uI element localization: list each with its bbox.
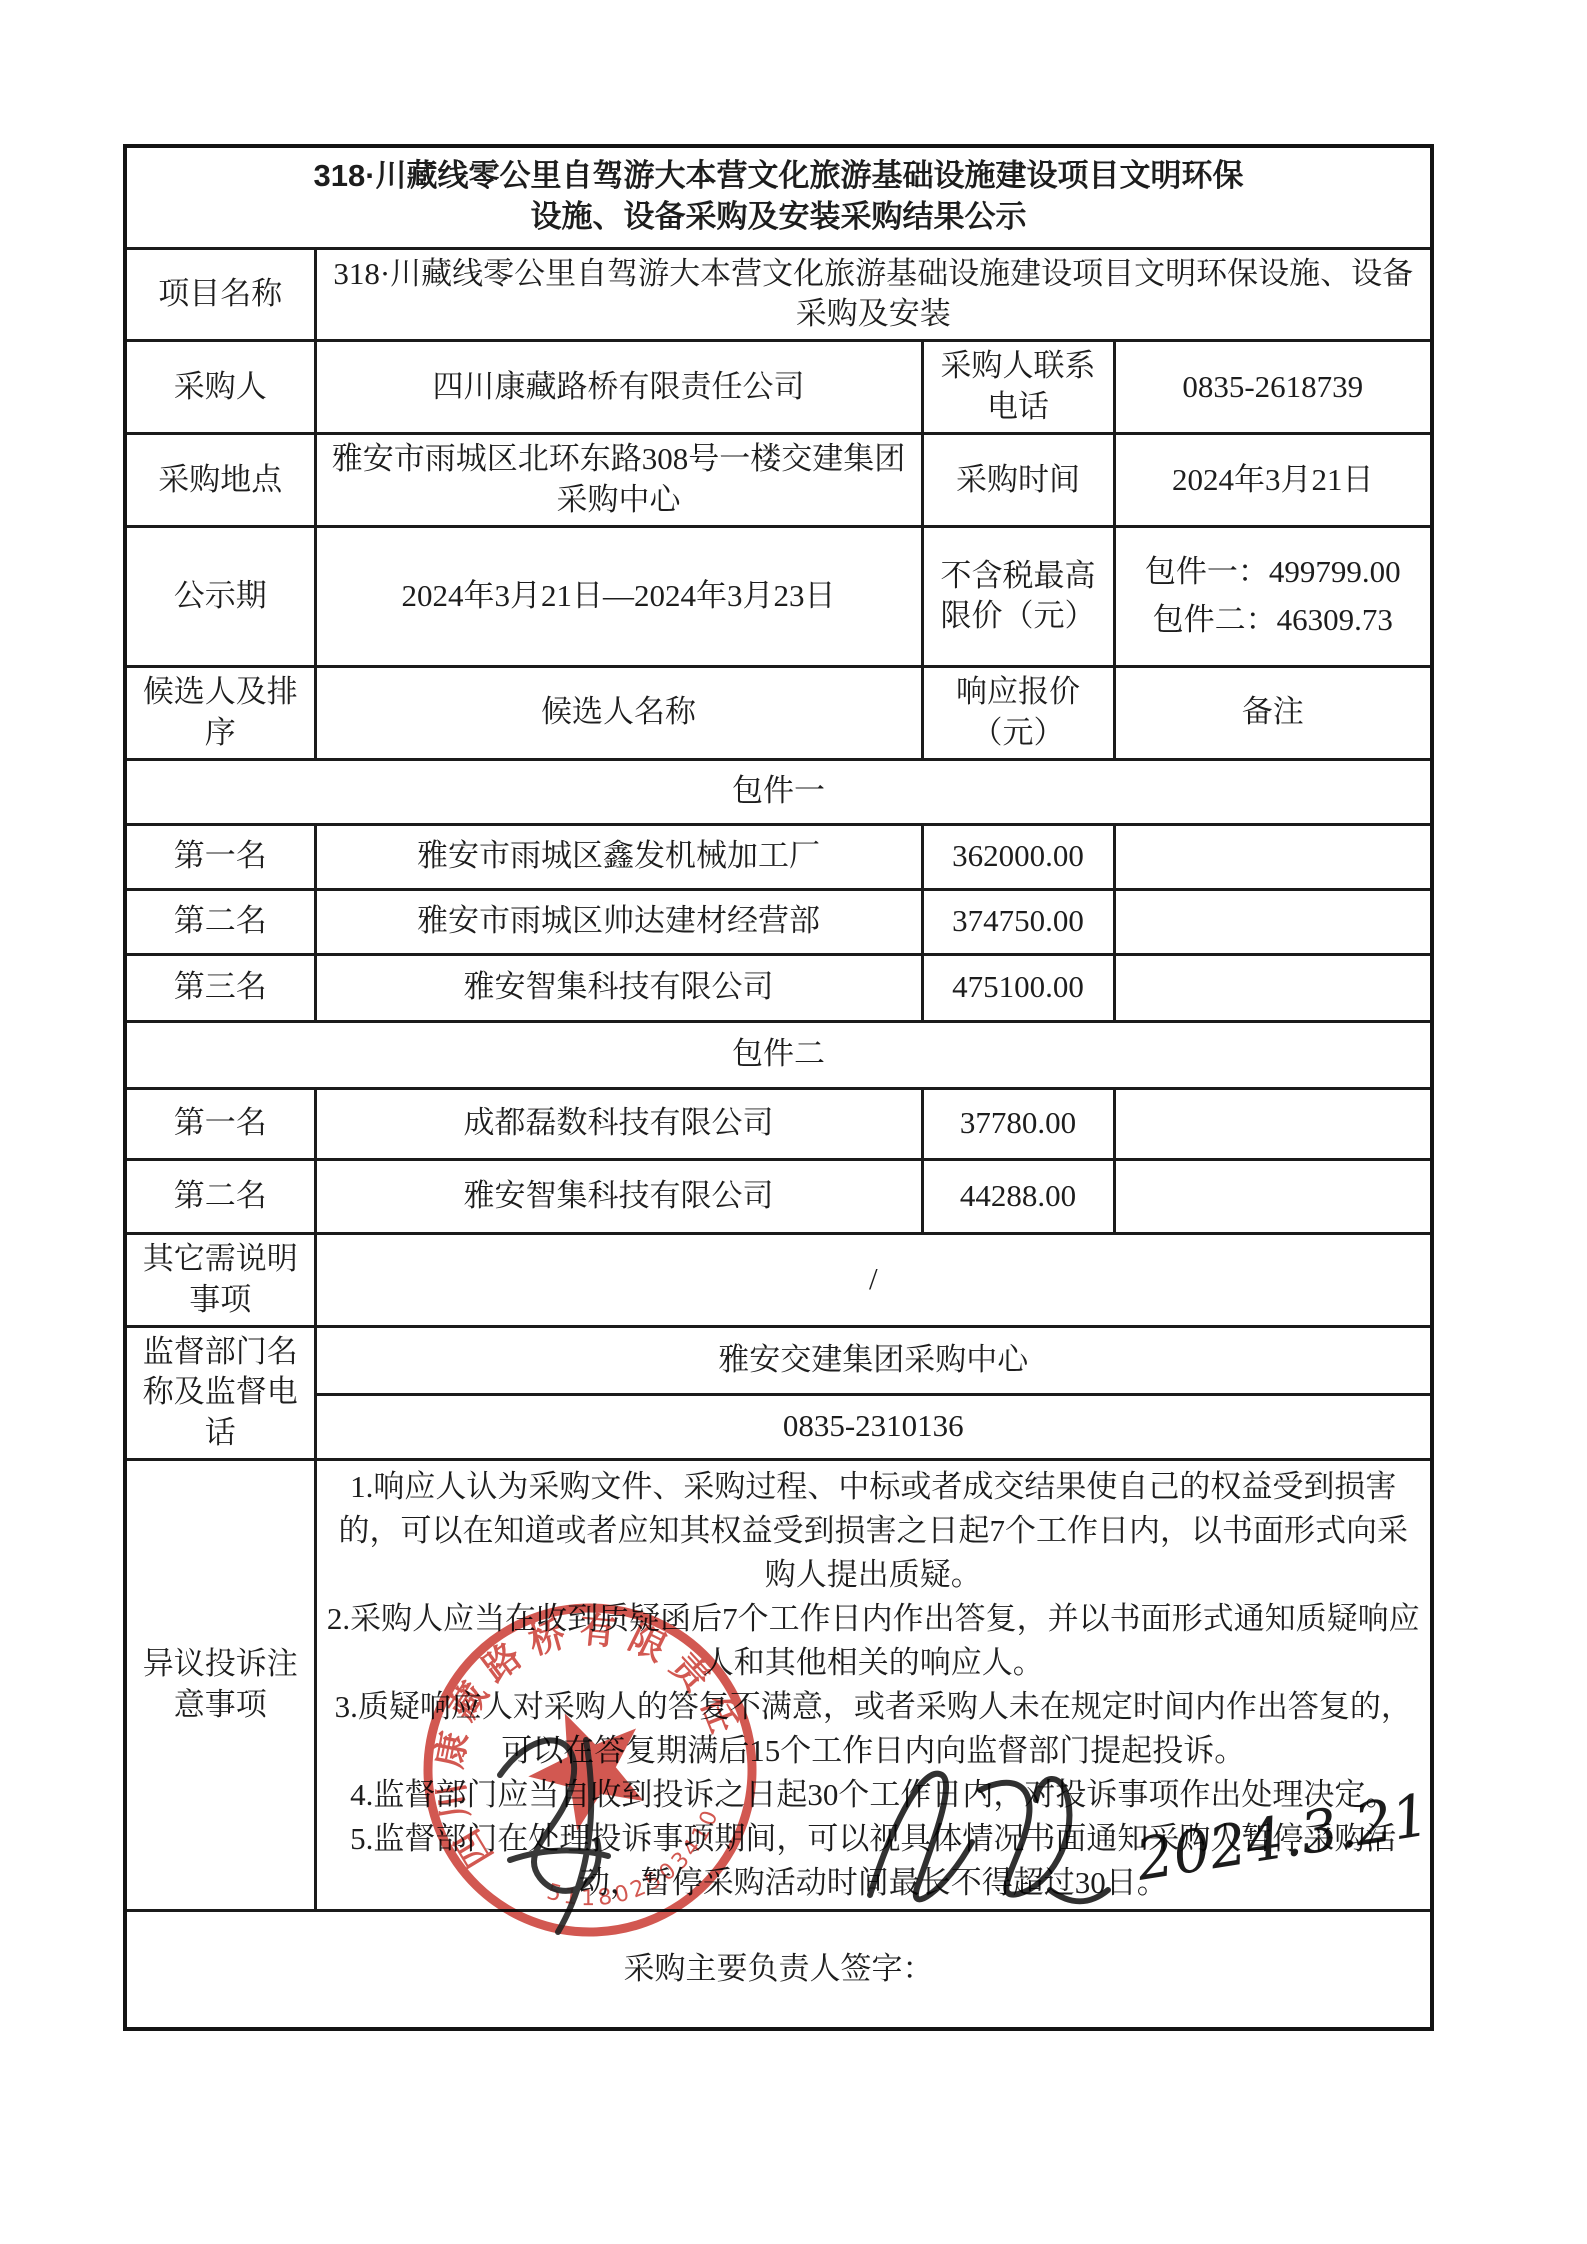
table-row: 采购主要负责人签字： [125, 1911, 1432, 2029]
table-row: 第一名 雅安市雨城区鑫发机械加工厂 362000.00 [125, 824, 1432, 889]
table-row: 公示期 2024年3月21日—2024年3月23日 不含税最高限价（元） 包件一… [125, 526, 1432, 666]
candidate-name-cell: 雅安市雨城区帅达建材经营部 [315, 889, 922, 954]
table-row: 第三名 雅安智集科技有限公司 475100.00 [125, 954, 1432, 1021]
objection-item: 4.监督部门应当自收到投诉之日起30个工作日内，对投诉事项作出处理决定。 [327, 1773, 1421, 1817]
max-price-value: 包件一：499799.00 包件二：46309.73 [1114, 526, 1432, 666]
price-cell: 44288.00 [922, 1159, 1114, 1233]
price-cell: 362000.00 [922, 824, 1114, 889]
objection-item: 1.响应人认为采购文件、采购过程、中标或者成交结果使自己的权益受到损害的，可以在… [327, 1465, 1421, 1597]
procurement-result-table: 318·川藏线零公里自驾游大本营文化旅游基础设施建设项目文明环保 设施、设备采购… [123, 144, 1434, 2031]
price-cell: 374750.00 [922, 889, 1114, 954]
max-price-label: 不含税最高限价（元） [922, 526, 1114, 666]
objection-item: 5.监督部门在处理投诉事项期间，可以视具体情况书面通知采购人暂停采购活动，暂停采… [327, 1817, 1421, 1905]
candidate-name-cell: 成都磊数科技有限公司 [315, 1088, 922, 1159]
max-price-package2: 包件二：46309.73 [1126, 596, 1421, 644]
document-title-line1: 318·川藏线零公里自驾游大本营文化旅游基础设施建设项目文明环保 [137, 156, 1420, 197]
table-row: 318·川藏线零公里自驾游大本营文化旅游基础设施建设项目文明环保 设施、设备采购… [125, 146, 1432, 248]
signature-row: 采购主要负责人签字： [125, 1911, 1432, 2029]
candidate-name-cell: 雅安智集科技有限公司 [315, 1159, 922, 1233]
table-row: 包件一 [125, 759, 1432, 824]
remark-cell [1114, 1088, 1432, 1159]
remark-cell [1114, 1159, 1432, 1233]
project-name-value: 318·川藏线零公里自驾游大本营文化旅游基础设施建设项目文明环保设施、设备采购及… [315, 248, 1432, 341]
supervision-phone: 0835-2310136 [315, 1394, 1432, 1460]
objection-text: 1.响应人认为采购文件、采购过程、中标或者成交结果使自己的权益受到损害的，可以在… [315, 1460, 1432, 1911]
table-row: 采购地点 雅安市雨城区北环东路308号一楼交建集团采购中心 采购时间 2024年… [125, 434, 1432, 527]
max-price-package1: 包件一：499799.00 [1126, 548, 1421, 596]
document-title-line2: 设施、设备采购及安装采购结果公示 [137, 197, 1420, 238]
price-cell: 475100.00 [922, 954, 1114, 1021]
other-notes-value: / [315, 1233, 1432, 1326]
other-notes-label: 其它需说明事项 [125, 1233, 315, 1326]
rank-cell: 第一名 [125, 1088, 315, 1159]
time-label: 采购时间 [922, 434, 1114, 527]
location-label: 采购地点 [125, 434, 315, 527]
candidate-name-cell: 雅安市雨城区鑫发机械加工厂 [315, 824, 922, 889]
table-row: 其它需说明事项 / [125, 1233, 1432, 1326]
table-row: 项目名称 318·川藏线零公里自驾游大本营文化旅游基础设施建设项目文明环保设施、… [125, 248, 1432, 341]
project-name-label: 项目名称 [125, 248, 315, 341]
location-value: 雅安市雨城区北环东路308号一楼交建集团采购中心 [315, 434, 922, 527]
table-row: 第二名 雅安市雨城区帅达建材经营部 374750.00 [125, 889, 1432, 954]
rank-cell: 第三名 [125, 954, 315, 1021]
table-row: 候选人及排序 候选人名称 响应报价（元） 备注 [125, 666, 1432, 759]
rank-cell: 第一名 [125, 824, 315, 889]
table-row: 采购人 四川康藏路桥有限责任公司 采购人联系电话 0835-2618739 [125, 341, 1432, 434]
publicity-label: 公示期 [125, 526, 315, 666]
price-cell: 37780.00 [922, 1088, 1114, 1159]
objection-item: 2.采购人应当在收到质疑函后7个工作日内作出答复，并以书面形式通知质疑响应人和其… [327, 1597, 1421, 1685]
objection-label: 异议投诉注意事项 [125, 1460, 315, 1911]
publicity-value: 2024年3月21日—2024年3月23日 [315, 526, 922, 666]
table-row: 包件二 [125, 1021, 1432, 1088]
table-row: 0835-2310136 [125, 1394, 1432, 1460]
purchaser-value: 四川康藏路桥有限责任公司 [315, 341, 922, 434]
remark-cell [1114, 889, 1432, 954]
signature-label: 采购主要负责人签字： [624, 1951, 934, 1986]
candidates-price-header: 响应报价（元） [922, 666, 1114, 759]
table-row: 第一名 成都磊数科技有限公司 37780.00 [125, 1088, 1432, 1159]
purchaser-phone-value: 0835-2618739 [1114, 341, 1432, 434]
candidates-remark-header: 备注 [1114, 666, 1432, 759]
candidate-name-cell: 雅安智集科技有限公司 [315, 954, 922, 1021]
supervision-label: 监督部门名称及监督电话 [125, 1326, 315, 1460]
supervision-name: 雅安交建集团采购中心 [315, 1326, 1432, 1394]
table-row: 异议投诉注意事项 1.响应人认为采购文件、采购过程、中标或者成交结果使自己的权益… [125, 1460, 1432, 1911]
scanned-procurement-notice: 318·川藏线零公里自驾游大本营文化旅游基础设施建设项目文明环保 设施、设备采购… [0, 0, 1587, 2244]
table-row: 第二名 雅安智集科技有限公司 44288.00 [125, 1159, 1432, 1233]
rank-cell: 第二名 [125, 889, 315, 954]
purchaser-phone-label: 采购人联系电话 [922, 341, 1114, 434]
package2-section-title: 包件二 [125, 1021, 1432, 1088]
time-value: 2024年3月21日 [1114, 434, 1432, 527]
rank-cell: 第二名 [125, 1159, 315, 1233]
remark-cell [1114, 824, 1432, 889]
package1-section-title: 包件一 [125, 759, 1432, 824]
table-row: 监督部门名称及监督电话 雅安交建集团采购中心 [125, 1326, 1432, 1394]
remark-cell [1114, 954, 1432, 1021]
candidates-name-header: 候选人名称 [315, 666, 922, 759]
document-title: 318·川藏线零公里自驾游大本营文化旅游基础设施建设项目文明环保 设施、设备采购… [125, 146, 1432, 248]
objection-item: 3.质疑响应人对采购人的答复不满意，或者采购人未在规定时间内作出答复的，可以在答… [327, 1685, 1421, 1773]
candidates-rank-header: 候选人及排序 [125, 666, 315, 759]
purchaser-label: 采购人 [125, 341, 315, 434]
